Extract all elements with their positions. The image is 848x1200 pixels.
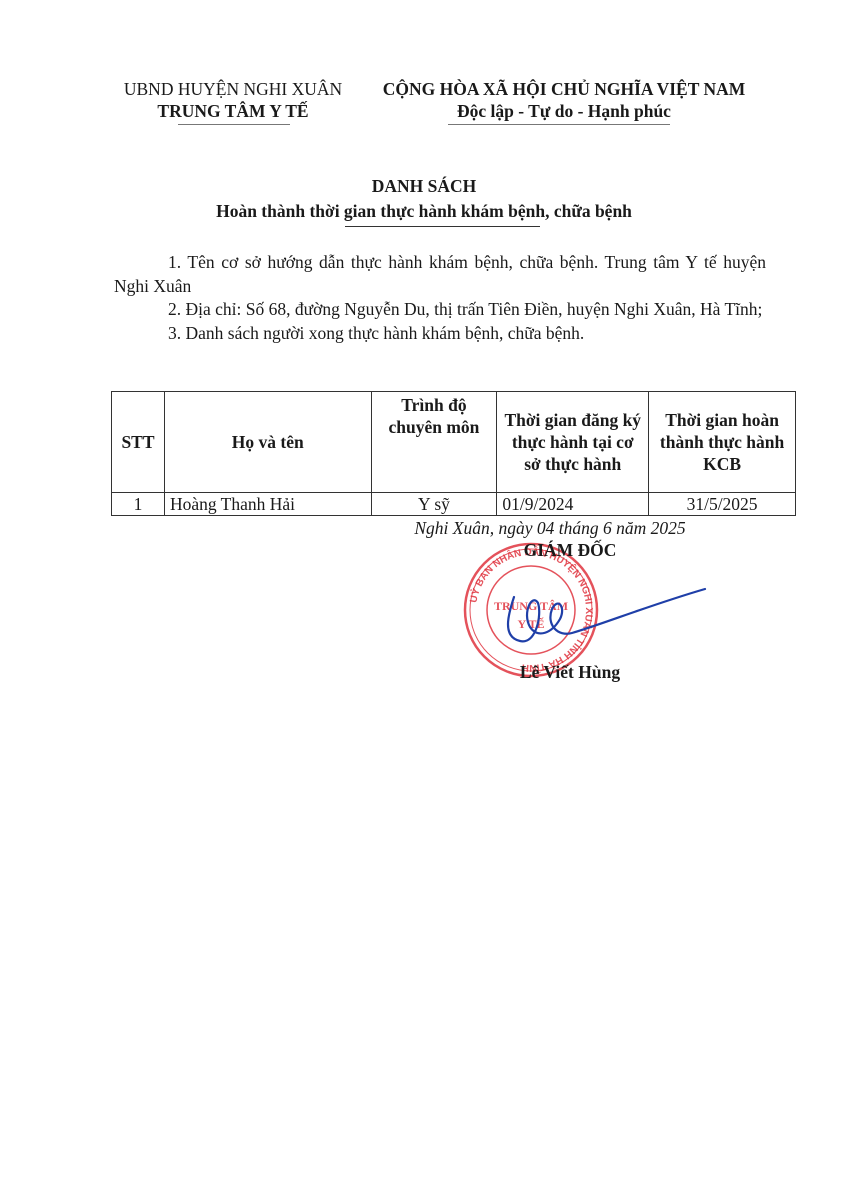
paragraph-facility-name: 1. Tên cơ sở hướng dẫn thực hành khám bệ… — [114, 251, 766, 298]
motto-underline — [448, 124, 670, 125]
paragraph-address: 2. Địa chỉ: Số 68, đường Nguyễn Du, thị … — [114, 298, 766, 322]
document-title: DANH SÁCH — [0, 176, 848, 197]
cell-stt: 1 — [112, 493, 165, 516]
column-header-completed: Thời gian hoàn thành thực hành KCB — [649, 392, 796, 493]
document-subtitle: Hoàn thành thời gian thực hành khám bệnh… — [0, 201, 848, 222]
cell-level: Y sỹ — [371, 493, 497, 516]
column-header-registered: Thời gian đăng ký thực hành tại cơ sở th… — [497, 392, 649, 493]
place-and-date: Nghi Xuân, ngày 04 tháng 6 năm 2025 — [370, 518, 730, 539]
paragraph-list-intro: 3. Danh sách người xong thực hành khám b… — [114, 322, 766, 346]
subtitle-underline — [345, 226, 540, 227]
signature-icon — [500, 575, 710, 655]
national-motto: CỘNG HÒA XÃ HỘI CHỦ NGHĨA VIỆT NAM Độc l… — [360, 78, 768, 122]
authority-name: UBND HUYỆN NGHI XUÂN — [108, 78, 358, 100]
cell-completed: 31/5/2025 — [649, 493, 796, 516]
column-header-name: Họ và tên — [164, 392, 371, 493]
organization-name: TRUNG TÂM Y TẾ — [108, 100, 358, 122]
cell-name: Hoàng Thanh Hải — [164, 493, 371, 516]
signer-name: Lê Viết Hùng — [460, 662, 680, 683]
country-name: CỘNG HÒA XÃ HỘI CHỦ NGHĨA VIỆT NAM — [360, 78, 768, 100]
motto: Độc lập - Tự do - Hạnh phúc — [360, 100, 768, 122]
organization-underline — [178, 124, 290, 125]
issuing-authority: UBND HUYỆN NGHI XUÂN TRUNG TÂM Y TẾ — [108, 78, 358, 122]
document-body: 1. Tên cơ sở hướng dẫn thực hành khám bệ… — [114, 251, 766, 345]
completion-table: STT Họ và tên Trình độ chuyên môn Thời g… — [111, 391, 796, 516]
table-header-row: STT Họ và tên Trình độ chuyên môn Thời g… — [112, 392, 796, 493]
cell-registered: 01/9/2024 — [497, 493, 649, 516]
table-row: 1 Hoàng Thanh Hải Y sỹ 01/9/2024 31/5/20… — [112, 493, 796, 516]
column-header-stt: STT — [112, 392, 165, 493]
signer-title: GIÁM ĐỐC — [460, 540, 680, 561]
column-header-level: Trình độ chuyên môn — [371, 392, 497, 493]
